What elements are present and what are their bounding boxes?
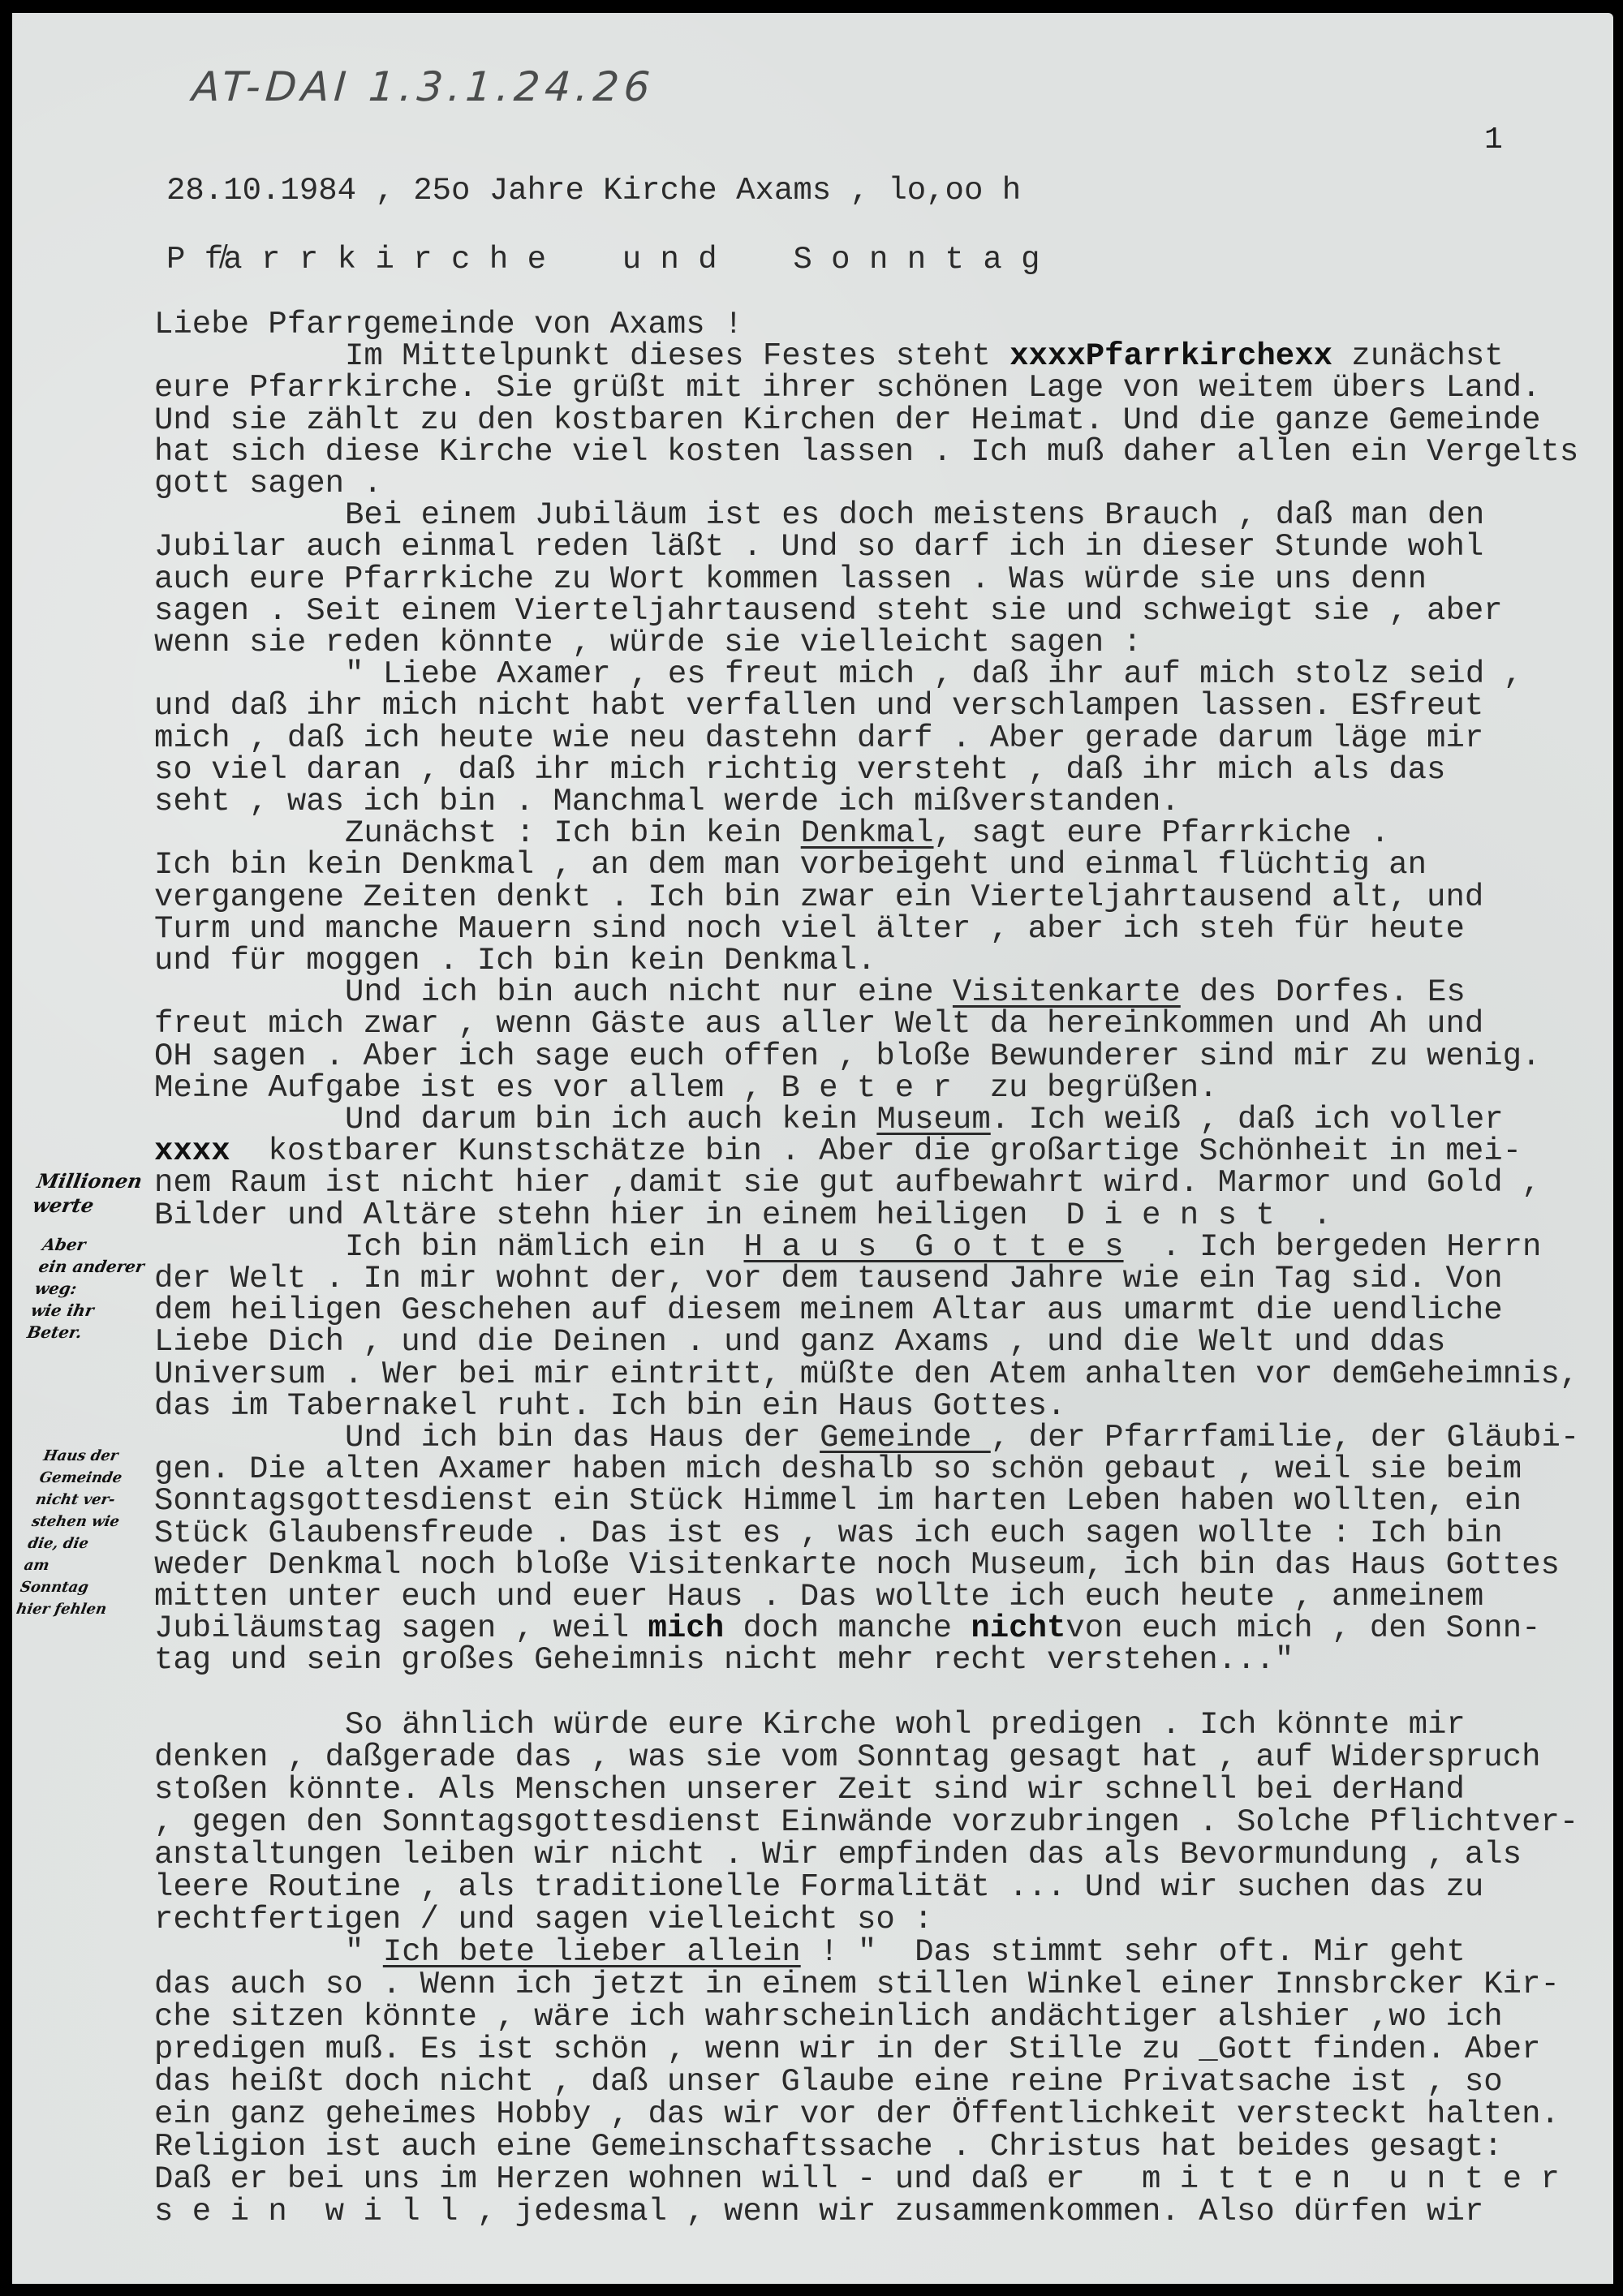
text-segment: ein ganz geheimes Hobby , das wir vor de… bbox=[154, 2096, 1560, 2132]
text-line: anstaltungen leiben wir nicht . Wir empf… bbox=[154, 1839, 1522, 1871]
text-line: auch eure Pfarrkiche zu Wort kommen lass… bbox=[154, 564, 1427, 595]
text-segment: stoßen könnte. Als Menschen unserer Zeit… bbox=[154, 1772, 1465, 1808]
text-segment: ! " Das stimmt sehr oft. Mir geht bbox=[801, 1934, 1466, 1970]
text-segment: Bei einem Jubiläum ist es doch meistens … bbox=[345, 497, 1484, 533]
text-line: gott sagen . bbox=[154, 468, 382, 500]
text-line: Und ich bin das Haus der Gemeinde , der … bbox=[345, 1422, 1579, 1454]
margin-note-2: Aber ein anderer weg: wie ihr Beter. bbox=[25, 1234, 150, 1344]
text-line: Bilder und Altäre stehn hier in einem he… bbox=[154, 1200, 1332, 1232]
text-line: ein ganz geheimes Hobby , das wir vor de… bbox=[154, 2099, 1560, 2130]
text-line: , gegen den Sonntagsgottesdienst Einwänd… bbox=[154, 1807, 1578, 1838]
text-line: rechtfertigen / und sagen vielleicht so … bbox=[154, 1904, 933, 1936]
text-segment: Bilder und Altäre stehn hier in einem he… bbox=[154, 1197, 1332, 1233]
text-segment: dem heiligen Geschehen auf diesem meinem… bbox=[154, 1292, 1503, 1328]
text-line: freut mich zwar , wenn Gäste aus aller W… bbox=[154, 1008, 1483, 1040]
text-segment: das auch so . Wenn ich jetzt in einem st… bbox=[154, 1967, 1560, 2002]
text-segment: anstaltungen leiben wir nicht . Wir empf… bbox=[154, 1837, 1522, 1872]
text-segment: mich , daß ich heute wie neu dastehn dar… bbox=[154, 720, 1483, 756]
text-segment: s e i n w i l l , jedesmal , wenn wir zu… bbox=[154, 2194, 1483, 2229]
text-segment: Und ich bin das Haus der bbox=[345, 1420, 820, 1455]
text-line: und für moggen . Ich bin kein Denkmal. bbox=[154, 945, 876, 977]
text-segment: des Dorfes. Es bbox=[1181, 974, 1466, 1010]
text-segment: nem Raum ist nicht hier ,damit sie gut a… bbox=[154, 1165, 1540, 1201]
text-line: weder Denkmal noch bloße Visitenkarte no… bbox=[154, 1550, 1560, 1581]
text-line: mich , daß ich heute wie neu dastehn dar… bbox=[154, 723, 1483, 755]
text-line: vergangene Zeiten denkt . Ich bin zwar e… bbox=[154, 882, 1483, 914]
text-segment: gott sagen . bbox=[154, 466, 382, 501]
struck-text: nicht bbox=[971, 1610, 1065, 1646]
struck-text: xxxxPfarrkirchexx bbox=[1010, 338, 1332, 374]
text-line: predigen muß. Es ist schön , wenn wir in… bbox=[154, 2034, 1540, 2066]
text-segment: Liebe Dich , und die Deinen . und ganz A… bbox=[154, 1324, 1445, 1360]
text-segment: kostbarer Kunstschätze bin . Aber die gr… bbox=[230, 1133, 1522, 1169]
text-line: Meine Aufgabe ist es vor allem , B e t e… bbox=[154, 1073, 1218, 1104]
text-segment: hat sich diese Kirche viel kosten lassen… bbox=[154, 434, 1578, 470]
text-segment: so viel daran , daß ihr mich richtig ver… bbox=[154, 752, 1445, 788]
text-line: Ich bin nämlich ein H a u s G o t t e s … bbox=[345, 1232, 1541, 1263]
text-line: Religion ist auch eine Gemeinschaftssach… bbox=[154, 2131, 1503, 2163]
text-line: tag und sein großes Geheimnis nicht mehr… bbox=[154, 1645, 1294, 1676]
text-line: Liebe Dich , und die Deinen . und ganz A… bbox=[154, 1326, 1445, 1358]
text-line: Und darum bin ich auch kein Museum. Ich … bbox=[345, 1104, 1504, 1136]
text-line: So ähnlich würde eure Kirche wohl predig… bbox=[345, 1709, 1466, 1741]
text-line: Jubilar auch einmal reden läßt . Und so … bbox=[154, 531, 1483, 563]
text-segment: Meine Aufgabe ist es vor allem , B e t e… bbox=[154, 1070, 1218, 1106]
text-segment: gen. Die alten Axamer haben mich deshalb… bbox=[154, 1451, 1522, 1487]
text-line: Bei einem Jubiläum ist es doch meistens … bbox=[345, 500, 1484, 531]
text-segment: " Liebe Axamer , es freut mich , daß ihr… bbox=[345, 656, 1522, 692]
text-segment: . Ich bergeden Herrn bbox=[1124, 1229, 1542, 1265]
text-segment: che sitzen könnte , wäre ich wahrscheinl… bbox=[154, 1999, 1503, 2035]
text-segment: , sagt eure Pfarrkiche . bbox=[934, 815, 1390, 851]
text-line: denken , daßgerade das , was sie vom Son… bbox=[154, 1742, 1540, 1774]
text-segment: Daß er bei uns im Herzen wohnen will - u… bbox=[154, 2161, 1560, 2197]
text-line: xxxx kostbarer Kunstschätze bin . Aber d… bbox=[154, 1136, 1522, 1167]
text-line: Zunächst : Ich bin kein Denkmal, sagt eu… bbox=[345, 818, 1389, 849]
text-line: " Ich bete lieber allein ! " Das stimmt … bbox=[345, 1937, 1466, 1968]
text-line: Daß er bei uns im Herzen wohnen will - u… bbox=[154, 2164, 1560, 2195]
text-segment: , gegen den Sonntagsgottesdienst Einwänd… bbox=[154, 1804, 1578, 1840]
underlined-text: Ich bete lieber allein bbox=[383, 1934, 801, 1970]
text-segment: denken , daßgerade das , was sie vom Son… bbox=[154, 1739, 1540, 1775]
text-segment: Im Mittelpunkt dieses Festes steht bbox=[345, 338, 1010, 374]
text-line: " Liebe Axamer , es freut mich , daß ihr… bbox=[345, 659, 1522, 690]
text-segment: sagen . Seit einem Vierteljahrtausend st… bbox=[154, 593, 1503, 629]
text-line: Und ich bin auch nicht nur eine Visitenk… bbox=[345, 977, 1466, 1008]
text-line: Ich bin kein Denkmal , an dem man vorbei… bbox=[154, 849, 1427, 881]
underlined-text: H a u s G o t t e s bbox=[743, 1229, 1123, 1265]
text-segment: , der Pfarrfamilie, der Gläubi- bbox=[991, 1420, 1580, 1455]
text-segment: Turm und manche Mauern sind noch viel äl… bbox=[154, 911, 1465, 947]
text-line: Liebe Pfarrgemeinde von Axams ! bbox=[154, 309, 743, 341]
text-line: Und sie zählt zu den kostbaren Kirchen d… bbox=[154, 405, 1540, 436]
text-segment: Und sie zählt zu den kostbaren Kirchen d… bbox=[154, 402, 1540, 438]
text-segment: von euch mich , den Sonn- bbox=[1065, 1610, 1540, 1646]
text-segment: und daß ihr mich nicht habt verfallen un… bbox=[154, 688, 1483, 724]
text-segment: eure Pfarrkirche. Sie grüßt mit ihrer sc… bbox=[154, 370, 1540, 406]
text-line: nem Raum ist nicht hier ,damit sie gut a… bbox=[154, 1167, 1540, 1199]
text-segment: vergangene Zeiten denkt . Ich bin zwar e… bbox=[154, 879, 1483, 915]
text-segment: So ähnlich würde eure Kirche wohl predig… bbox=[345, 1707, 1466, 1743]
text-segment: Zunächst : Ich bin kein bbox=[345, 815, 801, 851]
text-segment: Liebe Pfarrgemeinde von Axams ! bbox=[154, 307, 743, 342]
margin-note-3: Haus der Gemeinde nicht ver- stehen wie … bbox=[15, 1445, 136, 1620]
document-title: P f̸a r r k i r c h e u n d S o n n t a … bbox=[166, 244, 1040, 276]
text-segment: Religion ist auch eine Gemeinschaftssach… bbox=[154, 2129, 1503, 2165]
text-segment: Sonntagsgottesdienst ein Stück Himmel im… bbox=[154, 1483, 1522, 1519]
text-segment: . Ich weiß , daß ich voller bbox=[991, 1102, 1504, 1137]
text-line: der Welt . In mir wohnt der, vor dem tau… bbox=[154, 1263, 1503, 1295]
text-segment: seht , was ich bin . Manchmal werde ich … bbox=[154, 784, 1180, 819]
text-segment: freut mich zwar , wenn Gäste aus aller W… bbox=[154, 1006, 1483, 1042]
text-segment: Jubilar auch einmal reden läßt . Und so … bbox=[154, 529, 1483, 565]
text-segment: wenn sie reden könnte , würde sie vielle… bbox=[154, 625, 1142, 660]
text-segment: leere Routine , als traditionelle Formal… bbox=[154, 1869, 1483, 1905]
text-segment: Stück Glaubensfreude . Das ist es , was … bbox=[154, 1516, 1503, 1551]
text-line: so viel daran , daß ihr mich richtig ver… bbox=[154, 755, 1445, 786]
text-segment: das im Tabernakel ruht. Ich bin ein Haus… bbox=[154, 1388, 1065, 1424]
text-line: leere Routine , als traditionelle Formal… bbox=[154, 1872, 1483, 1903]
text-line: das im Tabernakel ruht. Ich bin ein Haus… bbox=[154, 1391, 1065, 1422]
text-segment: doch manche bbox=[724, 1610, 971, 1646]
text-line: mitten unter euch und euer Haus . Das wo… bbox=[154, 1581, 1483, 1613]
text-segment: weder Denkmal noch bloße Visitenkarte no… bbox=[154, 1547, 1560, 1583]
text-segment: " bbox=[345, 1934, 383, 1970]
margin-note-1: Millionen werte bbox=[31, 1169, 144, 1218]
underlined-text: Museum bbox=[876, 1102, 990, 1137]
text-line: sagen . Seit einem Vierteljahrtausend st… bbox=[154, 595, 1503, 627]
text-segment: predigen muß. Es ist schön , wenn wir in… bbox=[154, 2032, 1540, 2067]
text-segment: das heißt doch nicht , daß unser Glaube … bbox=[154, 2064, 1503, 2100]
text-line: Jubiläumstag sagen , weil mich doch manc… bbox=[154, 1613, 1541, 1645]
text-line: eure Pfarrkirche. Sie grüßt mit ihrer sc… bbox=[154, 372, 1540, 404]
text-line: das heißt doch nicht , daß unser Glaube … bbox=[154, 2066, 1503, 2098]
struck-text: mich bbox=[648, 1610, 725, 1646]
struck-text: xxxx bbox=[154, 1133, 230, 1169]
archive-reference: AT-DAI 1.3.1.24.26 bbox=[191, 63, 657, 110]
text-segment: Ich bin nämlich ein bbox=[345, 1229, 743, 1265]
text-segment: Und ich bin auch nicht nur eine bbox=[345, 974, 953, 1010]
text-line: OH sagen . Aber ich sage euch offen , bl… bbox=[154, 1041, 1540, 1073]
text-line: Turm und manche Mauern sind noch viel äl… bbox=[154, 914, 1465, 945]
text-segment: Jubiläumstag sagen , weil bbox=[154, 1610, 648, 1646]
text-segment: mitten unter euch und euer Haus . Das wo… bbox=[154, 1579, 1483, 1615]
text-line: che sitzen könnte , wäre ich wahrscheinl… bbox=[154, 2001, 1503, 2033]
header-line: 28.10.1984 , 25o Jahre Kirche Axams , lo… bbox=[166, 175, 1021, 207]
text-line: s e i n w i l l , jedesmal , wenn wir zu… bbox=[154, 2196, 1483, 2228]
text-line: wenn sie reden könnte , würde sie vielle… bbox=[154, 627, 1142, 659]
text-segment: Ich bin kein Denkmal , an dem man vorbei… bbox=[154, 847, 1427, 883]
text-line: Stück Glaubensfreude . Das ist es , was … bbox=[154, 1518, 1503, 1550]
text-segment: OH sagen . Aber ich sage euch offen , bl… bbox=[154, 1038, 1540, 1074]
text-line: gen. Die alten Axamer haben mich deshalb… bbox=[154, 1454, 1522, 1486]
text-line: seht , was ich bin . Manchmal werde ich … bbox=[154, 786, 1180, 818]
text-segment: und für moggen . Ich bin kein Denkmal. bbox=[154, 943, 876, 978]
text-line: dem heiligen Geschehen auf diesem meinem… bbox=[154, 1295, 1503, 1326]
text-line: hat sich diese Kirche viel kosten lassen… bbox=[154, 436, 1578, 468]
text-segment: rechtfertigen / und sagen vielleicht so … bbox=[154, 1902, 933, 1937]
text-segment: zunächst bbox=[1332, 338, 1504, 374]
text-line: Universum . Wer bei mir eintritt, müßte … bbox=[154, 1359, 1578, 1391]
text-line: das auch so . Wenn ich jetzt in einem st… bbox=[154, 1969, 1560, 2001]
text-segment: Und darum bin ich auch kein bbox=[345, 1102, 876, 1137]
text-segment: tag und sein großes Geheimnis nicht mehr… bbox=[154, 1642, 1294, 1678]
text-line: und daß ihr mich nicht habt verfallen un… bbox=[154, 690, 1483, 722]
document-page: AT-DAI 1.3.1.24.26 1 28.10.1984 , 25o Ja… bbox=[12, 13, 1613, 2284]
underlined-text: Visitenkarte bbox=[953, 974, 1181, 1010]
text-line: Sonntagsgottesdienst ein Stück Himmel im… bbox=[154, 1486, 1522, 1517]
underlined-text: Gemeinde bbox=[820, 1420, 991, 1455]
text-segment: Universum . Wer bei mir eintritt, müßte … bbox=[154, 1357, 1578, 1392]
page-number: 1 bbox=[1484, 123, 1503, 157]
text-line: stoßen könnte. Als Menschen unserer Zeit… bbox=[154, 1774, 1465, 1806]
text-segment: der Welt . In mir wohnt der, vor dem tau… bbox=[154, 1261, 1503, 1296]
text-segment: auch eure Pfarrkiche zu Wort kommen lass… bbox=[154, 561, 1427, 597]
text-line: Im Mittelpunkt dieses Festes steht xxxxP… bbox=[345, 341, 1504, 372]
underlined-text: Denkmal bbox=[801, 815, 934, 851]
